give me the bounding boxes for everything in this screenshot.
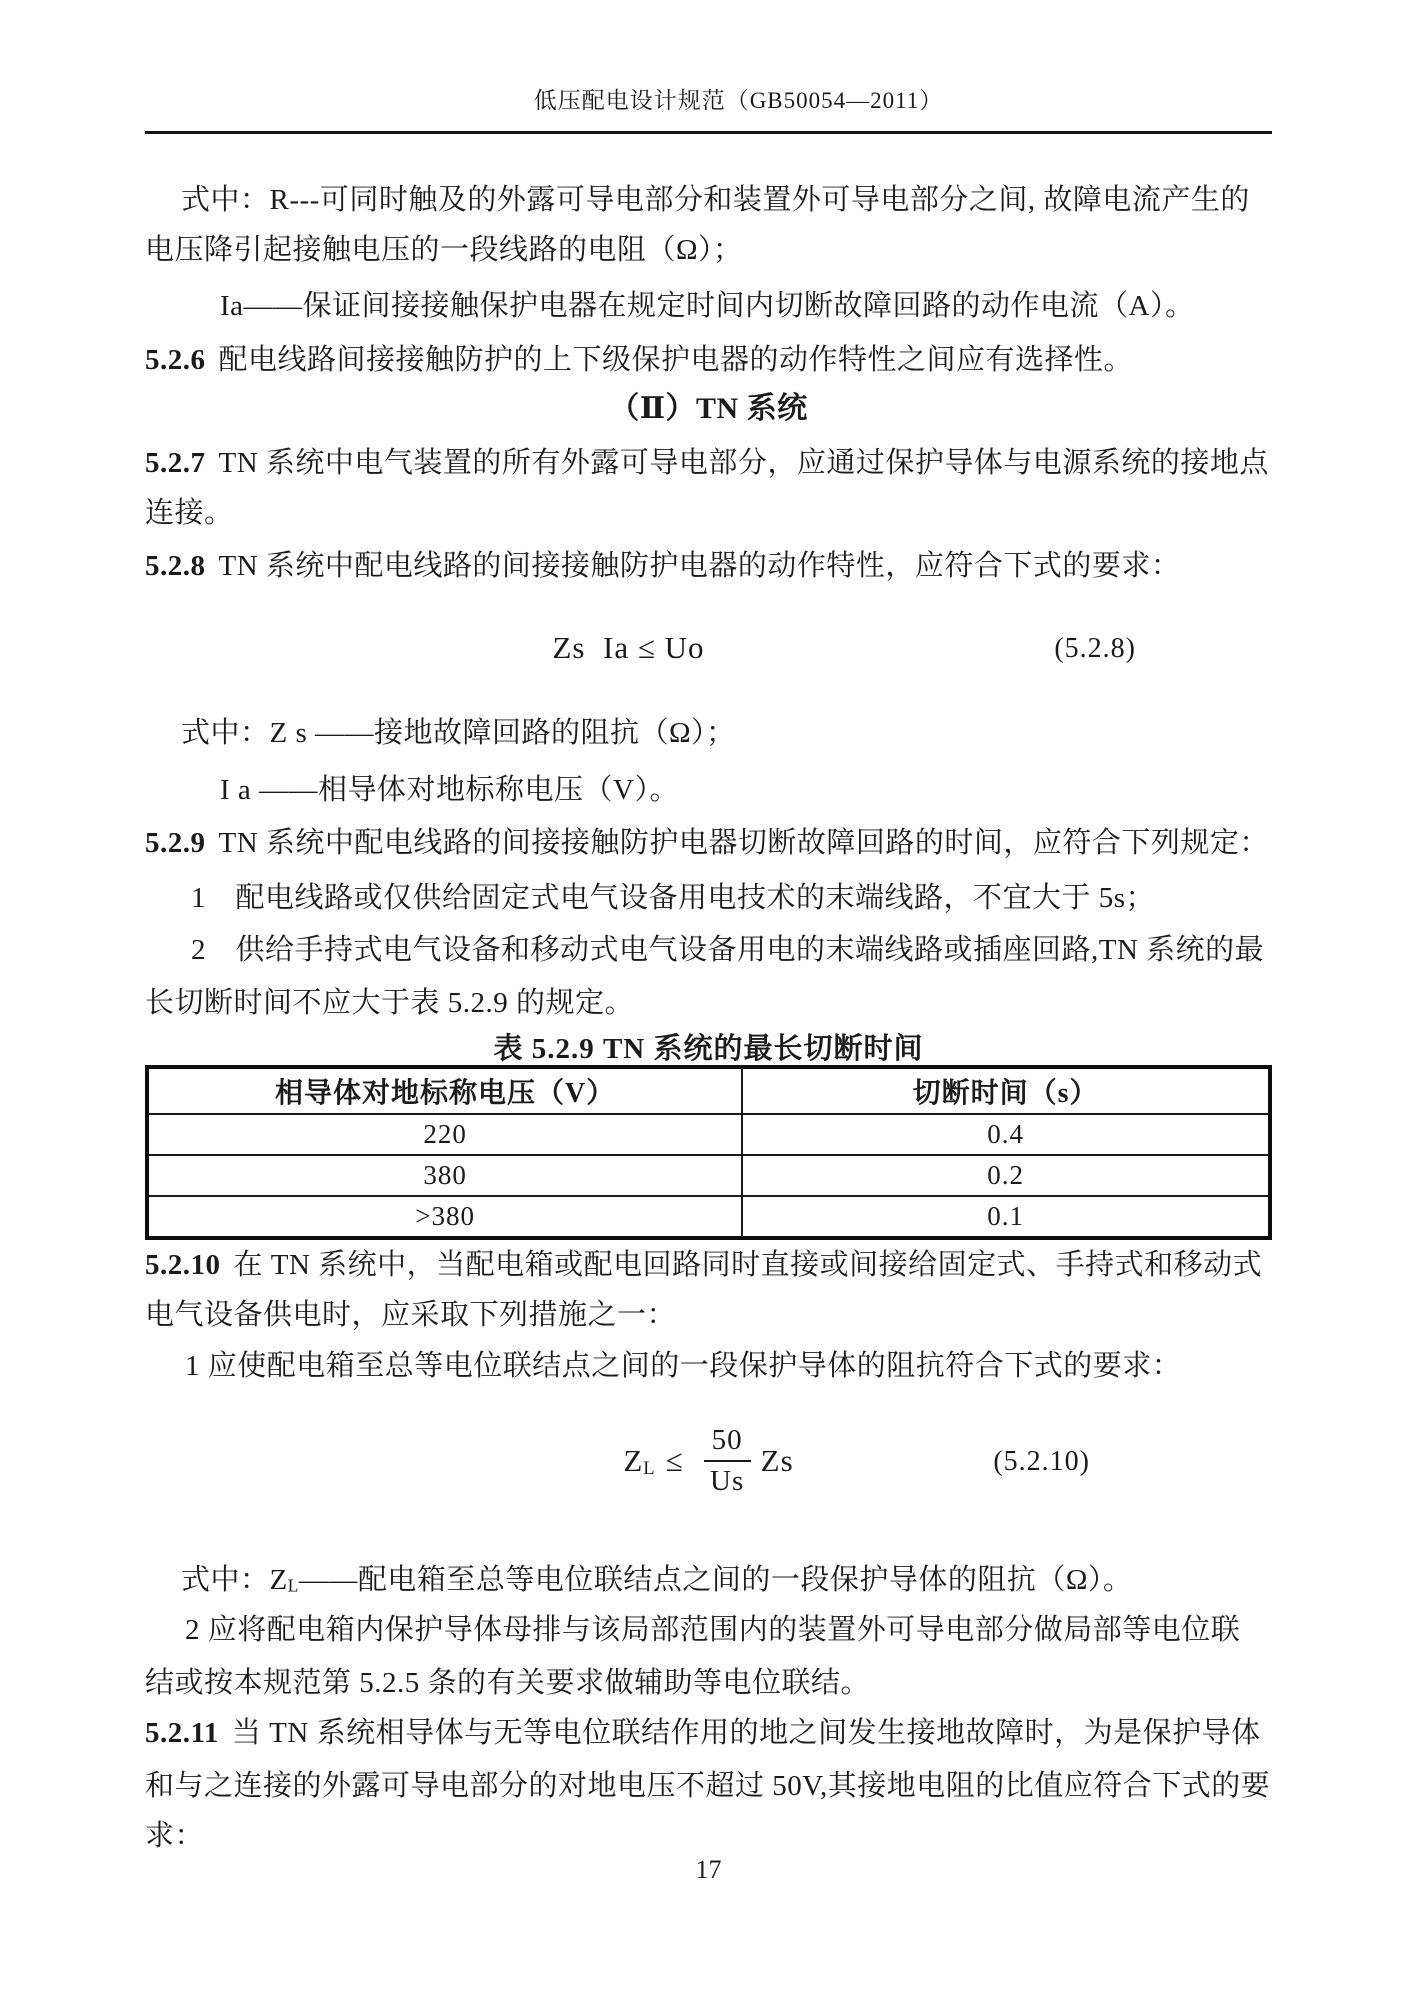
table-row: 380 0.2 xyxy=(147,1155,1270,1196)
section-5-2-7-line2: 连接。 xyxy=(145,495,1272,531)
fraction-numerator: 50 xyxy=(704,1424,751,1462)
section-5-2-9: 5.2.9TN 系统中配电线路的间接接触防护电器切断故障回路的时间，应符合下列规… xyxy=(145,825,1272,861)
paragraph-ia-definition: Ia——保证间接接触保护电器在规定时间内切断故障回路的动作电流（A）。 xyxy=(145,288,1272,324)
section-5-2-9-item2-line2: 长切断时间不应大于表 5.2.9 的规定。 xyxy=(145,985,1272,1021)
time-cell: 0.1 xyxy=(742,1196,1270,1238)
section-number: 5.2.7 xyxy=(145,447,206,479)
voltage-cell: >380 xyxy=(147,1196,742,1238)
section-5-2-10-line2: 电气设备供电时，应采取下列措施之一： xyxy=(145,1297,1272,1333)
section-number: 5.2.10 xyxy=(145,1249,221,1281)
running-header-title: 低压配电设计规范（GB50054—2011） xyxy=(145,82,1272,115)
section-5-2-10-line1: 5.2.10在 TN 系统中，当配电箱或配电回路同时直接或间接给固定式、手持式和… xyxy=(145,1247,1272,1283)
section-text: TN 系统中配电线路的间接接触防护电器的动作特性，应符合下式的要求： xyxy=(219,550,1181,582)
section-number: 5.2.8 xyxy=(145,550,206,582)
fraction-denominator: Us xyxy=(710,1462,744,1498)
formula-lhs: ZL xyxy=(623,1443,655,1479)
formula-lhs-subscript: L xyxy=(643,1458,655,1479)
subsection-heading-tn-system: （Ⅱ）TN 系统 xyxy=(145,390,1272,428)
section-number: 5.2.9 xyxy=(145,827,206,859)
section-5-2-9-item1: 1 配电线路或仅供给固定式电气设备用电技术的末端线路，不宜大于 5s； xyxy=(145,880,1272,916)
section-5-2-10-item2-line1: 2 应将配电箱内保护导体母排与该局部范围内的装置外可导电部分做局部等电位联 xyxy=(145,1612,1272,1648)
section-5-2-11-line3: 求： xyxy=(145,1818,1272,1854)
table-header-time: 切断时间（s） xyxy=(742,1067,1270,1114)
section-text: TN 系统中配电线路的间接接触防护电器切断故障回路的时间，应符合下列规定： xyxy=(219,827,1269,859)
section-5-2-10-item2-line2: 结或按本规范第 5.2.5 条的有关要求做辅助等电位联结。 xyxy=(145,1665,1272,1701)
section-number: 5.2.6 xyxy=(145,344,206,376)
paragraph-r-definition-line2: 电压降引起接触电压的一段线路的电阻（Ω）； xyxy=(145,232,1272,268)
formula-5-2-10-number: (5.2.10) xyxy=(993,1446,1090,1478)
section-number: 5.2.11 xyxy=(145,1717,219,1749)
zl-def-pre: 式中：Z xyxy=(181,1564,288,1596)
voltage-cell: 220 xyxy=(147,1114,742,1155)
table-header-row: 相导体对地标称电压（V） 切断时间（s） xyxy=(147,1067,1270,1114)
section-5-2-10-item1: 1 应使配电箱至总等电位联结点之间的一段保护导体的阻抗符合下式的要求： xyxy=(145,1348,1272,1384)
section-text: 在 TN 系统中，当配电箱或配电回路同时直接或间接给固定式、手持式和移动式 xyxy=(234,1249,1263,1281)
table-header-voltage: 相导体对地标称电压（V） xyxy=(147,1067,742,1114)
paragraph-ia-definition-2: I a ——相导体对地标称电压（V）。 xyxy=(145,772,1272,808)
zl-def-post: ——配电箱至总等电位联结点之间的一段保护导体的阻抗（Ω）。 xyxy=(299,1564,1133,1596)
zl-def-subscript: L xyxy=(288,1576,299,1596)
section-text: 配电线路间接接触防护的上下级保护电器的动作特性之间应有选择性。 xyxy=(219,344,1134,376)
page-number: 17 xyxy=(145,1855,1272,1885)
document-page: 低压配电设计规范（GB50054—2011） 式中：R---可同时触及的外露可导… xyxy=(0,0,1414,2000)
time-cell: 0.4 xyxy=(742,1114,1270,1155)
section-5-2-11-line1: 5.2.11当 TN 系统相导体与无等电位联结作用的地之间发生接地故障时，为是保… xyxy=(145,1715,1272,1751)
voltage-cell: 380 xyxy=(147,1155,742,1196)
table-row: >380 0.1 xyxy=(147,1196,1270,1238)
time-cell: 0.2 xyxy=(742,1155,1270,1196)
section-5-2-11-line2: 和与之连接的外露可导电部分的对地电压不超过 50V,其接地电阻的比值应符合下式的… xyxy=(145,1768,1272,1804)
table-row: 220 0.4 xyxy=(147,1114,1270,1155)
section-5-2-6: 5.2.6配电线路间接接触防护的上下级保护电器的动作特性之间应有选择性。 xyxy=(145,342,1272,378)
section-text: 当 TN 系统相导体与无等电位联结作用的地之间发生接地故障时，为是保护导体 xyxy=(232,1717,1261,1749)
section-5-2-9-item2-line1: 2 供给手持式电气设备和移动式电气设备用电的末端线路或插座回路,TN 系统的最 xyxy=(145,932,1272,968)
paragraph-zl-definition: 式中：ZL——配电箱至总等电位联结点之间的一段保护导体的阻抗（Ω）。 xyxy=(145,1562,1272,1598)
formula-fraction: 50 Us xyxy=(704,1424,751,1498)
formula-relation: ≤ xyxy=(666,1443,684,1479)
section-5-2-8: 5.2.8TN 系统中配电线路的间接接触防护电器的动作特性，应符合下式的要求： xyxy=(145,548,1272,584)
cutoff-time-table: 相导体对地标称电压（V） 切断时间（s） 220 0.4 380 0.2 >38… xyxy=(145,1065,1272,1240)
section-text: TN 系统中电气装置的所有外露可导电部分，应通过保护导体与电源系统的接地点 xyxy=(219,447,1269,479)
paragraph-zs-definition: 式中：Z s ——接地故障回路的阻抗（Ω）； xyxy=(145,715,1272,751)
paragraph-r-definition-line1: 式中：R---可同时触及的外露可导电部分和装置外可导电部分之间, 故障电流产生的 xyxy=(145,182,1272,218)
header-rule xyxy=(145,131,1272,134)
section-5-2-7-line1: 5.2.7TN 系统中电气装置的所有外露可导电部分，应通过保护导体与电源系统的接… xyxy=(145,445,1272,481)
formula-rhs: Zs xyxy=(761,1443,794,1479)
formula-5-2-8-number: (5.2.8) xyxy=(1054,633,1136,665)
formula-5-2-10: ZL ≤ 50 Us Zs xyxy=(145,1405,1272,1517)
table-title: 表 5.2.9 TN 系统的最长切断时间 xyxy=(145,1026,1272,1067)
